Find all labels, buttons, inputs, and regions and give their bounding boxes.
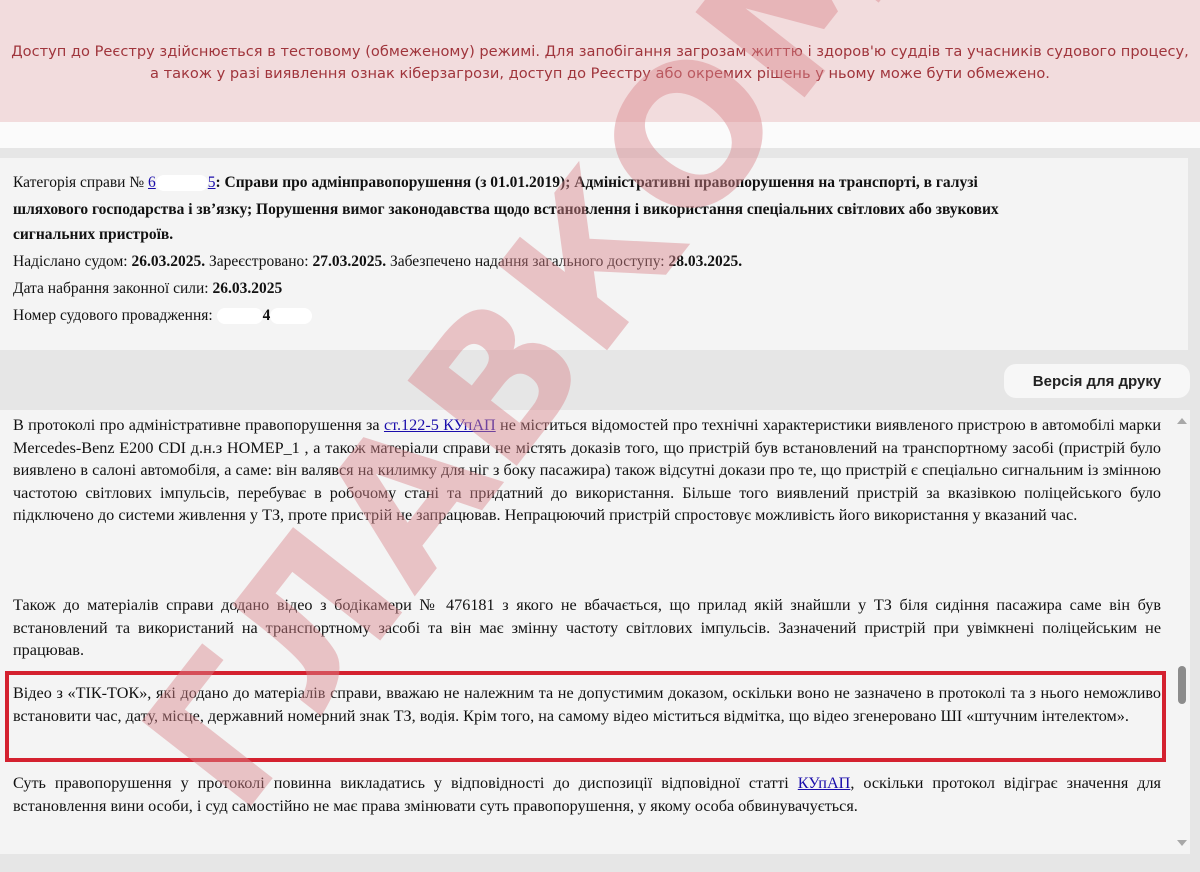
spacer-band xyxy=(0,122,1200,148)
paragraph-2: Також до матеріалів справи додано відео … xyxy=(13,594,1161,662)
kupap-link[interactable]: КУпАП xyxy=(798,774,851,792)
effective-date-line: Дата набрання законної сили: 26.03.2025 xyxy=(13,276,282,302)
case-metadata-panel: Категорія справи № 65: Справи про адмінп… xyxy=(0,158,1188,350)
case-category-line: Категорія справи № 65: Справи про адмінп… xyxy=(13,170,978,196)
case-dates-line: Надіслано судом: 26.03.2025. Зареєстрова… xyxy=(13,249,742,275)
vertical-scrollbar[interactable] xyxy=(1174,410,1190,854)
article-122-5-link[interactable]: ст.122-5 КУпАП xyxy=(384,416,496,434)
paragraph-4: Суть правопорушення у протоколі повинна … xyxy=(13,772,1161,817)
case-category-line-2: шляхового господарства і зв’язку; Поруше… xyxy=(13,197,999,223)
case-number-link[interactable]: 65 xyxy=(148,174,216,191)
print-version-button[interactable]: Версія для друку xyxy=(1004,364,1190,398)
paragraph-3-highlighted: Відео з «ТІК-ТОК», які додано до матеріа… xyxy=(13,682,1161,727)
scroll-down-arrow-icon[interactable] xyxy=(1177,840,1187,846)
paragraph-1: В протоколі про адміністративне правопор… xyxy=(13,414,1161,527)
proceeding-number-line: Номер судового провадження: 4 xyxy=(13,303,312,329)
access-notice-text: Доступ до Реєстру здійснюється в тестово… xyxy=(0,41,1200,85)
case-category-line-3: сигнальних пристроїв. xyxy=(13,222,173,248)
scrollbar-thumb[interactable] xyxy=(1178,666,1186,704)
access-notice-banner: Доступ до Реєстру здійснюється в тестово… xyxy=(0,0,1200,122)
scroll-up-arrow-icon[interactable] xyxy=(1177,418,1187,424)
decision-text-area[interactable]: В протоколі про адміністративне правопор… xyxy=(0,410,1174,854)
